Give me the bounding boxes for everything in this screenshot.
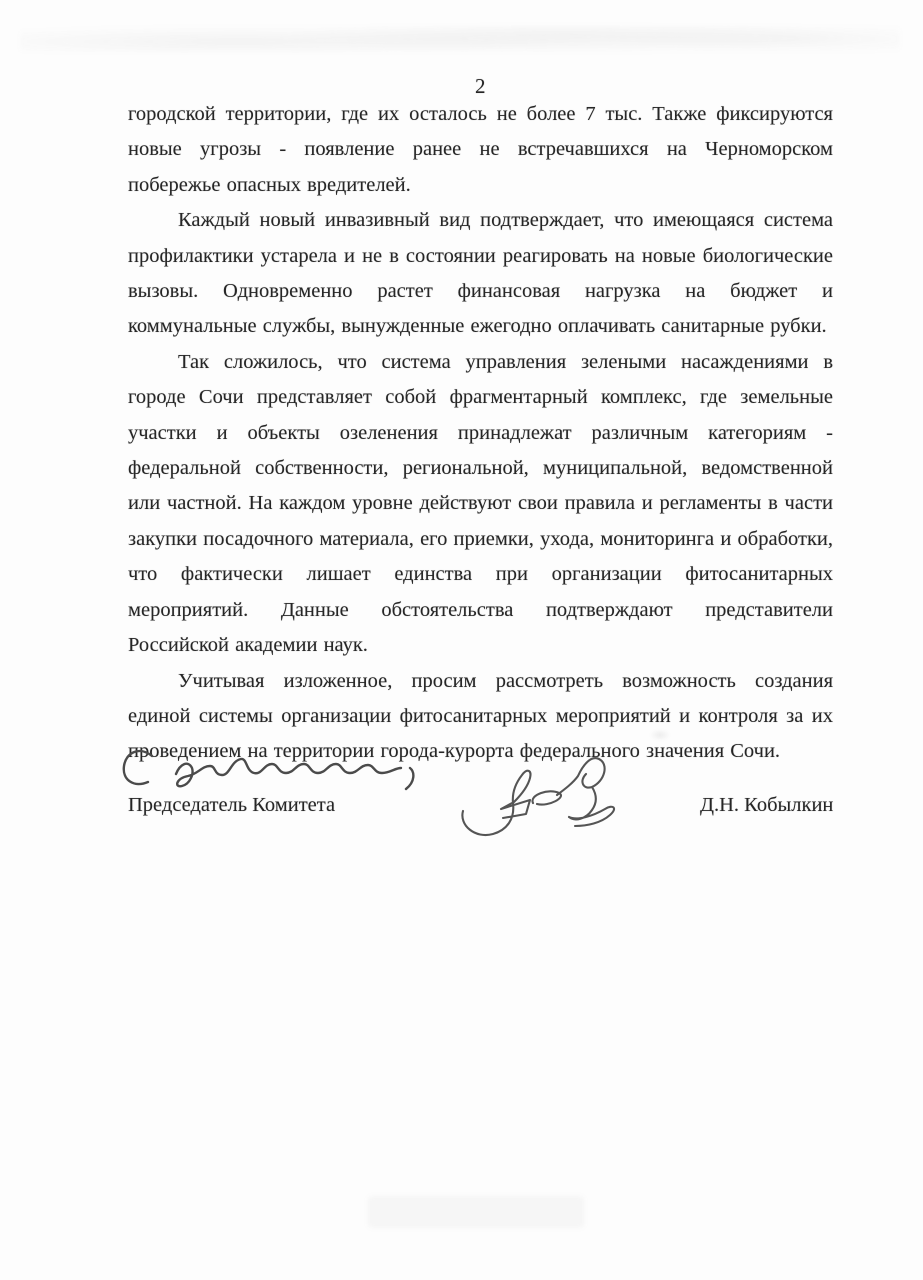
signer-name: Д.Н. Кобылкин xyxy=(700,794,833,817)
letter-body: городской территории, где их осталось не… xyxy=(128,97,833,770)
signer-title: Председатель Комитета xyxy=(128,794,335,817)
page-number: 2 xyxy=(128,74,833,99)
paragraph-continuation: городской территории, где их осталось не… xyxy=(128,97,833,203)
scan-artifact-bottom xyxy=(368,1196,584,1228)
paragraph-invasive-species: Каждый новый инвазивный вид подтверждает… xyxy=(128,203,833,345)
paragraph-management-system: Так сложилось, что система управления зе… xyxy=(128,345,833,664)
signature-scrawl xyxy=(445,737,645,857)
scanned-letter-page: 2 городской территории, где их осталось … xyxy=(0,0,923,1280)
scan-artifact-top xyxy=(20,26,900,52)
closing-handwriting xyxy=(118,744,433,799)
